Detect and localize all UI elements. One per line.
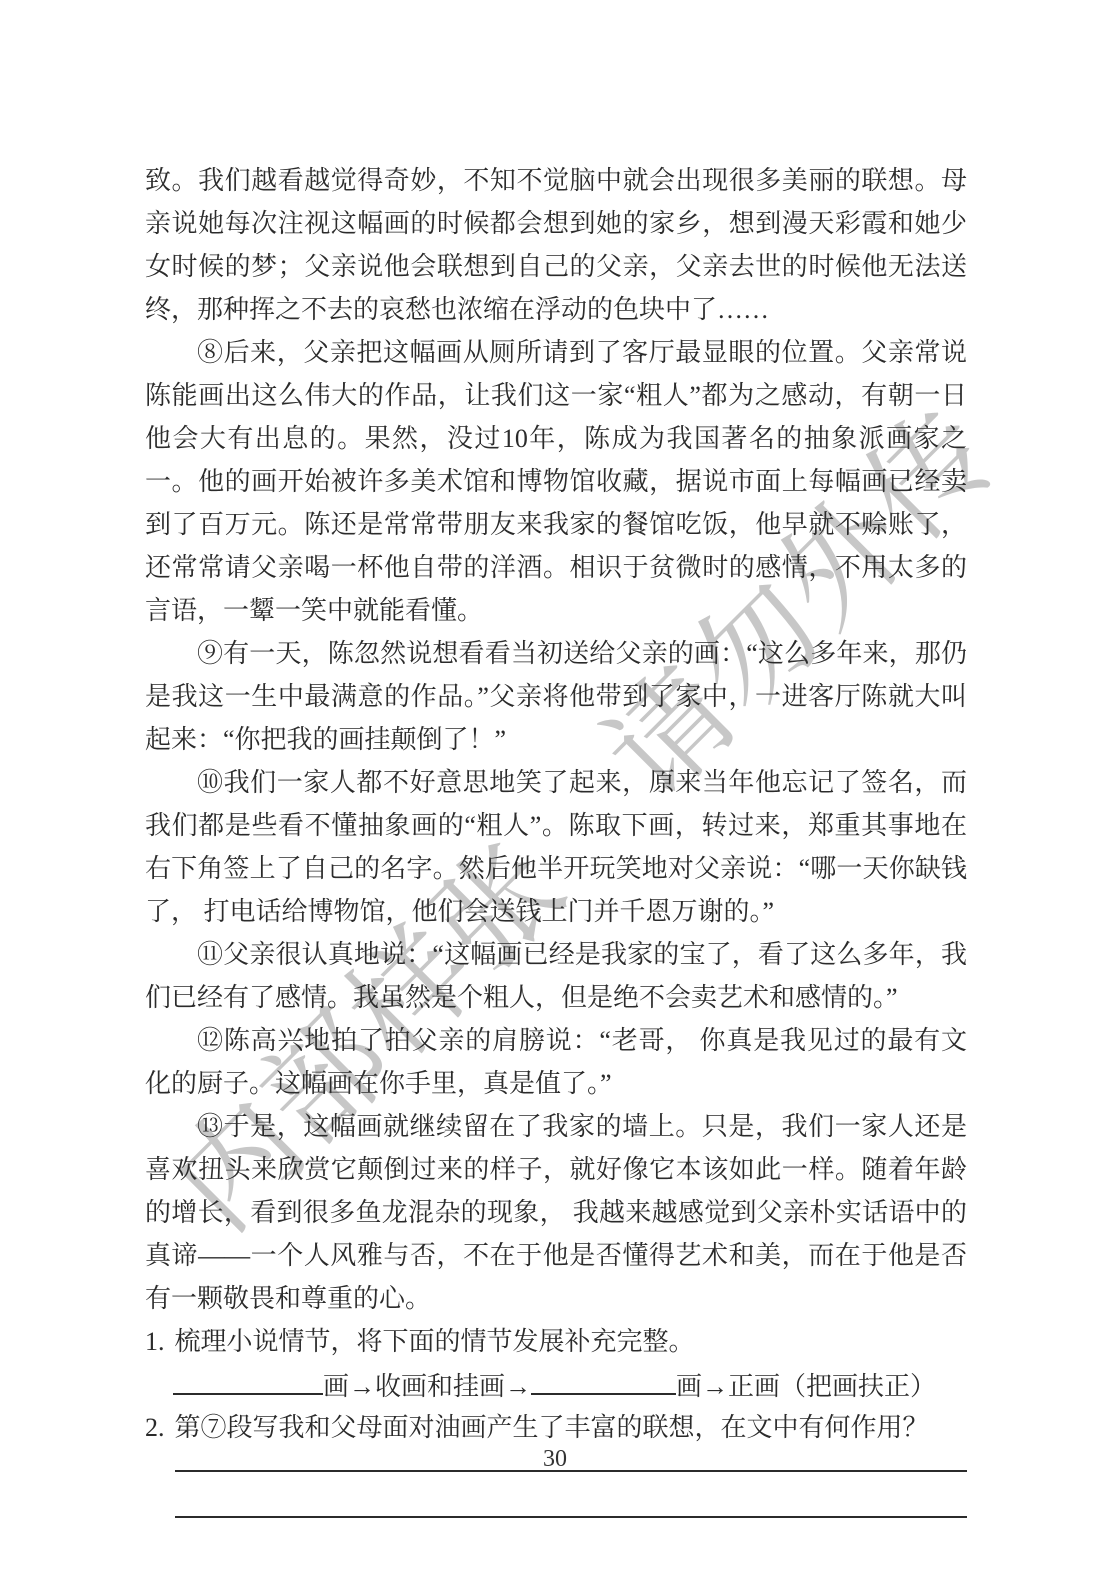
page-number: 30: [0, 1446, 1110, 1473]
question-2: 2.第⑦段写我和父母面对油画产生了丰富的联想，在文中有何作用？: [145, 1406, 967, 1449]
flow-segment-1: 画→收画和挂画→: [323, 1372, 531, 1401]
passage-paragraph-13: ⑬于是，这幅画就继续留在了我家的墙上。只是，我们一家人还是喜欢扭头来欣赏它颠倒过…: [145, 1105, 967, 1320]
fill-in-blank-2: [531, 1363, 676, 1395]
document-page: 内部样张 请勿外传 致。我们越看越觉得奇妙，不知不觉脑中就会出现很多美丽的联想。…: [0, 0, 1110, 1571]
question-2-number: 2.: [145, 1406, 165, 1449]
passage-paragraph-8: ⑧后来，父亲把这幅画从厕所请到了客厅最显眼的位置。父亲常说陈能画出这么伟大的作品…: [145, 331, 967, 632]
answer-line-2: [175, 1472, 967, 1518]
passage-paragraph-9: ⑨有一天，陈忽然说想看看当初送给父亲的画：“这么多年来，那仍是我这一生中最满意的…: [145, 632, 967, 761]
question-1: 1.梳理小说情节，将下面的情节发展补充完整。: [145, 1320, 967, 1363]
plot-flow-line: 画→收画和挂画→画→正画（把画扶正）: [173, 1363, 967, 1406]
passage-paragraph-11: ⑪父亲很认真地说：“这幅画已经是我家的宝了，看了这么多年，我们已经有了感情。我虽…: [145, 933, 967, 1019]
passage-paragraph-10: ⑩我们一家人都不好意思地笑了起来，原来当年他忘记了签名，而我们都是些看不懂抽象画…: [145, 761, 967, 933]
passage-paragraph-continuation: 致。我们越看越觉得奇妙，不知不觉脑中就会出现很多美丽的联想。母亲说她每次注视这幅…: [145, 159, 967, 331]
question-2-text: 第⑦段写我和父母面对油画产生了丰富的联想，在文中有何作用？: [175, 1413, 929, 1442]
passage-paragraph-12: ⑫陈高兴地拍了拍父亲的肩膀说：“老哥， 你真是我见过的最有文化的厨子。这幅画在你…: [145, 1019, 967, 1105]
passage-content: 致。我们越看越觉得奇妙，不知不觉脑中就会出现很多美丽的联想。母亲说她每次注视这幅…: [145, 159, 967, 1518]
question-1-text: 梳理小说情节，将下面的情节发展补充完整。: [175, 1327, 695, 1356]
flow-segment-2: 画→正画（把画扶正）: [676, 1372, 936, 1401]
question-1-number: 1.: [145, 1320, 165, 1363]
fill-in-blank-1: [173, 1363, 323, 1395]
